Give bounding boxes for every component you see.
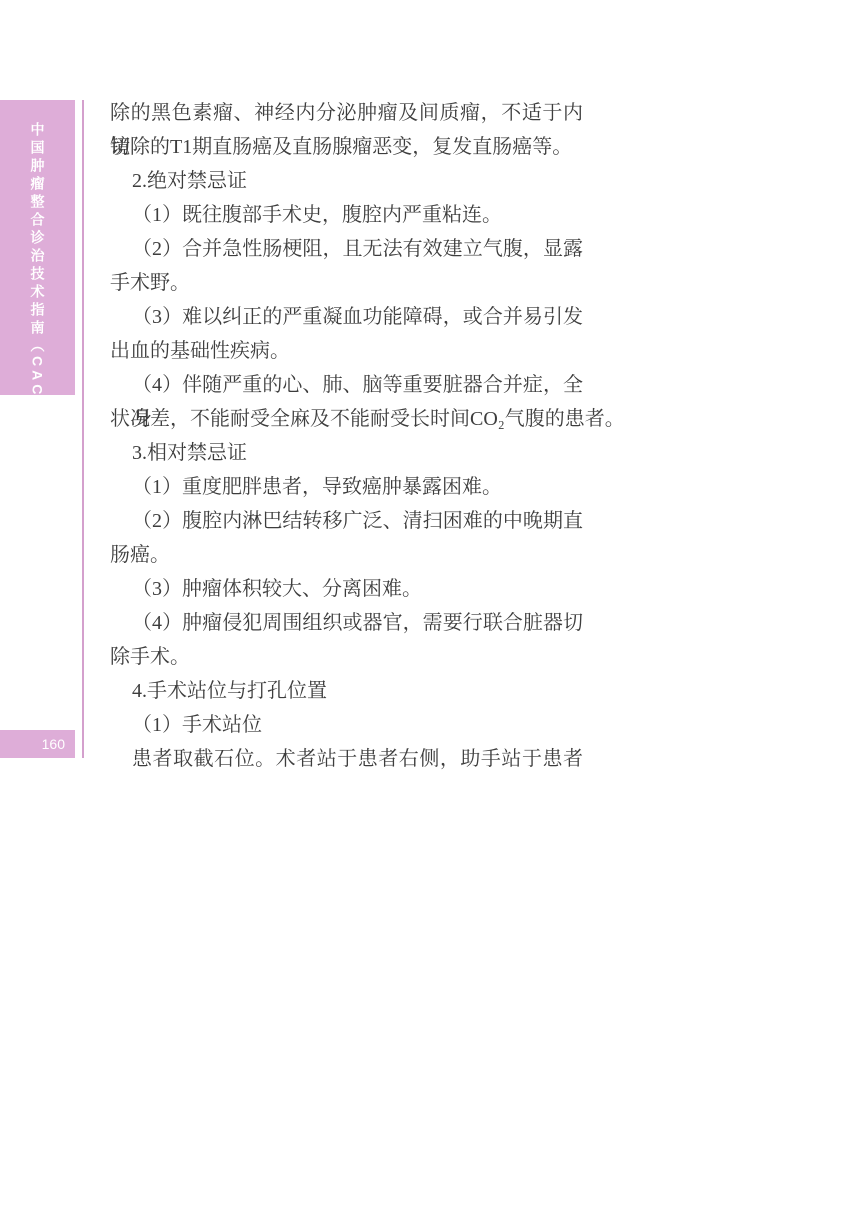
text-line: 除手术。 <box>110 640 583 674</box>
text-line: 状况差，不能耐受全麻及不能耐受长时间CO₂气腹的患者。 <box>110 402 583 436</box>
text-line: （3）肿瘤体积较大、分离困难。 <box>110 572 583 606</box>
document-page: 中国肿瘤整合诊治技术指南（CACA） 160 除的黑色素瘤、神经内分泌肿瘤及间质… <box>0 0 867 1218</box>
page-number-badge: 160 <box>0 730 75 758</box>
text-line: （3）难以纠正的严重凝血功能障碍，或合并易引发 <box>110 300 583 334</box>
text-line: （1）既往腹部手术史，腹腔内严重粘连。 <box>110 198 583 232</box>
text-line: （2）腹腔内淋巴结转移广泛、清扫困难的中晚期直 <box>110 504 583 538</box>
text-line-heading: 3.相对禁忌证 <box>110 436 583 470</box>
text-line: 肠癌。 <box>110 538 583 572</box>
text-line-heading: 4.手术站位与打孔位置 <box>110 674 583 708</box>
text-line: 手术野。 <box>110 266 583 300</box>
text-line: （4）肿瘤侵犯周围组织或器官，需要行联合脏器切 <box>110 606 583 640</box>
page-number: 160 <box>42 736 65 752</box>
text-line: （1）手术站位 <box>110 708 583 742</box>
text-line: 除的黑色素瘤、神经内分泌肿瘤及间质瘤，不适于内镜 <box>110 96 583 130</box>
text-line-heading: 2.绝对禁忌证 <box>110 164 583 198</box>
text-line: （2）合并急性肠梗阻，且无法有效建立气腹，显露 <box>110 232 583 266</box>
text-line: （1）重度肥胖患者，导致癌肿暴露困难。 <box>110 470 583 504</box>
body-text-column: 除的黑色素瘤、神经内分泌肿瘤及间质瘤，不适于内镜 切除的T1期直肠癌及直肠腺瘤恶… <box>110 96 583 776</box>
book-title-vertical: 中国肿瘤整合诊治技术指南（CACA） <box>28 100 48 395</box>
sidebar-band: 中国肿瘤整合诊治技术指南（CACA） <box>0 100 75 395</box>
text-line: 患者取截石位。术者站于患者右侧，助手站于患者 <box>110 742 583 776</box>
text-line: （4）伴随严重的心、肺、脑等重要脏器合并症，全身 <box>110 368 583 402</box>
vertical-rule <box>82 100 84 758</box>
text-line: 出血的基础性疾病。 <box>110 334 583 368</box>
text-line: 切除的T1期直肠癌及直肠腺瘤恶变，复发直肠癌等。 <box>110 130 583 164</box>
